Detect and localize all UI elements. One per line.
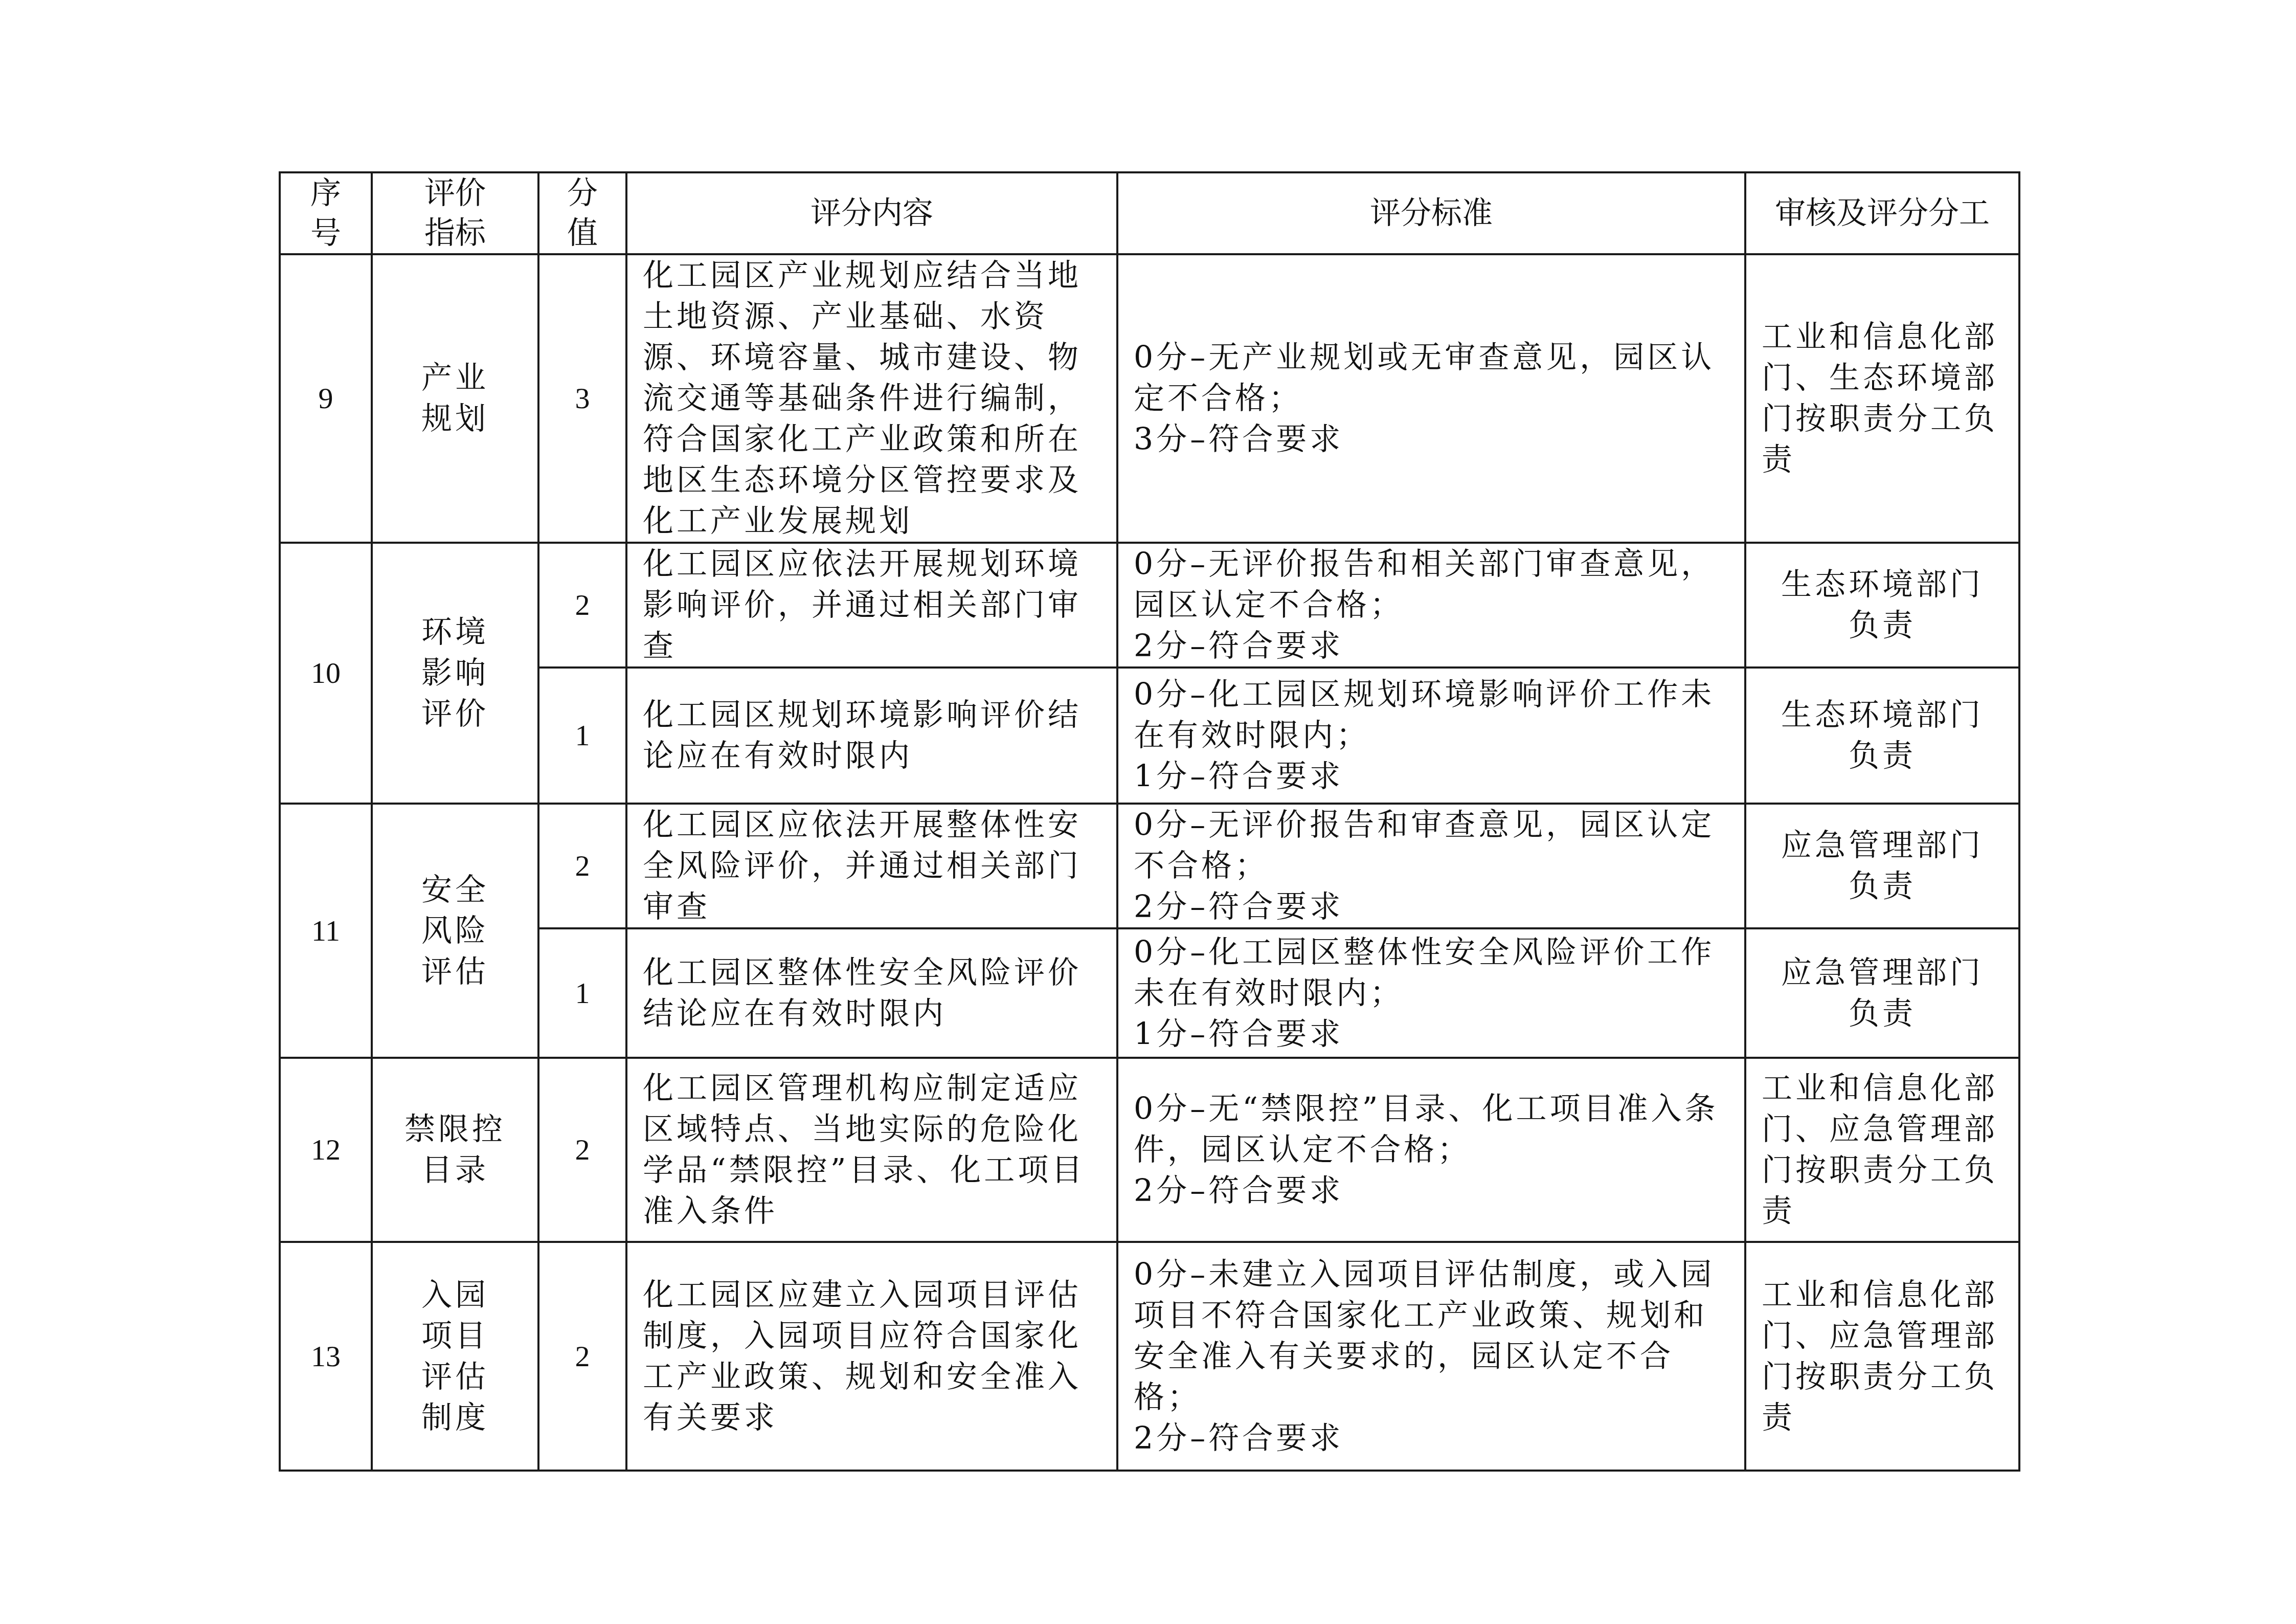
row-score: 1 — [538, 668, 626, 804]
row-seq: 11 — [280, 804, 372, 1058]
row-seq: 13 — [280, 1242, 372, 1471]
row-score: 2 — [538, 804, 626, 928]
table-row: 12 禁限控 目录 2 化工园区管理机构应制定适应区域特点、当地实际的危险化学品… — [280, 1058, 2019, 1242]
row-content: 化工园区应依法开展规划环境影响评价，并通过相关部门审查 — [626, 543, 1117, 668]
row-division: 工业和信息化部门、生态环境部门按职责分工负责 — [1745, 254, 2019, 543]
header-division: 审核及评分分工 — [1745, 172, 2019, 254]
header-content: 评分内容 — [626, 172, 1117, 254]
row-score: 2 — [538, 1058, 626, 1242]
row-content: 化工园区规划环境影响评价结论应在有效时限内 — [626, 668, 1117, 804]
row-score: 2 — [538, 543, 626, 668]
table-row: 13 入园 项目 评估 制度 2 化工园区应建立入园项目评估制度，入园项目应符合… — [280, 1242, 2019, 1471]
row-score: 3 — [538, 254, 626, 543]
row-division: 工业和信息化部门、应急管理部门按职责分工负责 — [1745, 1242, 2019, 1471]
evaluation-table: 序 号 评价 指标 分 值 评分内容 评分标准 审核及评分分工 9 产业 规划 … — [279, 171, 2020, 1472]
table-row: 11 安全 风险 评估 2 化工园区应依法开展整体性安全风险评价，并通过相关部门… — [280, 804, 2019, 928]
table-row: 10 环境 影响 评价 2 化工园区应依法开展规划环境影响评价，并通过相关部门审… — [280, 543, 2019, 668]
row-content: 化工园区应依法开展整体性安全风险评价，并通过相关部门审查 — [626, 804, 1117, 928]
header-seq: 序 号 — [280, 172, 372, 254]
row-division: 生态环境部门 负责 — [1745, 668, 2019, 804]
row-indicator: 环境 影响 评价 — [372, 543, 538, 804]
row-content: 化工园区整体性安全风险评价结论应在有效时限内 — [626, 928, 1117, 1058]
row-seq: 9 — [280, 254, 372, 543]
header-row: 序 号 评价 指标 分 值 评分内容 评分标准 审核及评分分工 — [280, 172, 2019, 254]
row-content: 化工园区应建立入园项目评估制度，入园项目应符合国家化工产业政策、规划和安全准入有… — [626, 1242, 1117, 1471]
row-seq: 10 — [280, 543, 372, 804]
row-standard: 0分–无产业规划或无审查意见，园区认定不合格； 3分–符合要求 — [1117, 254, 1745, 543]
row-division: 工业和信息化部门、应急管理部门按职责分工负责 — [1745, 1058, 2019, 1242]
row-standard: 0分–无评价报告和审查意见，园区认定不合格； 2分–符合要求 — [1117, 804, 1745, 928]
row-standard: 0分–无“禁限控”目录、化工项目准入条件，园区认定不合格； 2分–符合要求 — [1117, 1058, 1745, 1242]
table-row: 9 产业 规划 3 化工园区产业规划应结合当地土地资源、产业基础、水资源、环境容… — [280, 254, 2019, 543]
header-indicator: 评价 指标 — [372, 172, 538, 254]
row-content: 化工园区产业规划应结合当地土地资源、产业基础、水资源、环境容量、城市建设、物流交… — [626, 254, 1117, 543]
row-division: 生态环境部门 负责 — [1745, 543, 2019, 668]
row-standard: 0分–化工园区规划环境影响评价工作未在有效时限内； 1分–符合要求 — [1117, 668, 1745, 804]
row-content: 化工园区管理机构应制定适应区域特点、当地实际的危险化学品“禁限控”目录、化工项目… — [626, 1058, 1117, 1242]
header-standard: 评分标准 — [1117, 172, 1745, 254]
row-division: 应急管理部门 负责 — [1745, 804, 2019, 928]
row-standard: 0分–无评价报告和相关部门审查意见，园区认定不合格； 2分–符合要求 — [1117, 543, 1745, 668]
row-score: 2 — [538, 1242, 626, 1471]
row-division: 应急管理部门 负责 — [1745, 928, 2019, 1058]
row-indicator: 安全 风险 评估 — [372, 804, 538, 1058]
row-standard: 0分–未建立入园项目评估制度，或入园项目不符合国家化工产业政策、规划和安全准入有… — [1117, 1242, 1745, 1471]
table-subrow: 1 化工园区整体性安全风险评价结论应在有效时限内 0分–化工园区整体性安全风险评… — [280, 928, 2019, 1058]
row-standard: 0分–化工园区整体性安全风险评价工作未在有效时限内； 1分–符合要求 — [1117, 928, 1745, 1058]
row-seq: 12 — [280, 1058, 372, 1242]
row-indicator: 禁限控 目录 — [372, 1058, 538, 1242]
row-indicator: 入园 项目 评估 制度 — [372, 1242, 538, 1471]
header-score: 分 值 — [538, 172, 626, 254]
row-indicator: 产业 规划 — [372, 254, 538, 543]
table-subrow: 1 化工园区规划环境影响评价结论应在有效时限内 0分–化工园区规划环境影响评价工… — [280, 668, 2019, 804]
row-score: 1 — [538, 928, 626, 1058]
